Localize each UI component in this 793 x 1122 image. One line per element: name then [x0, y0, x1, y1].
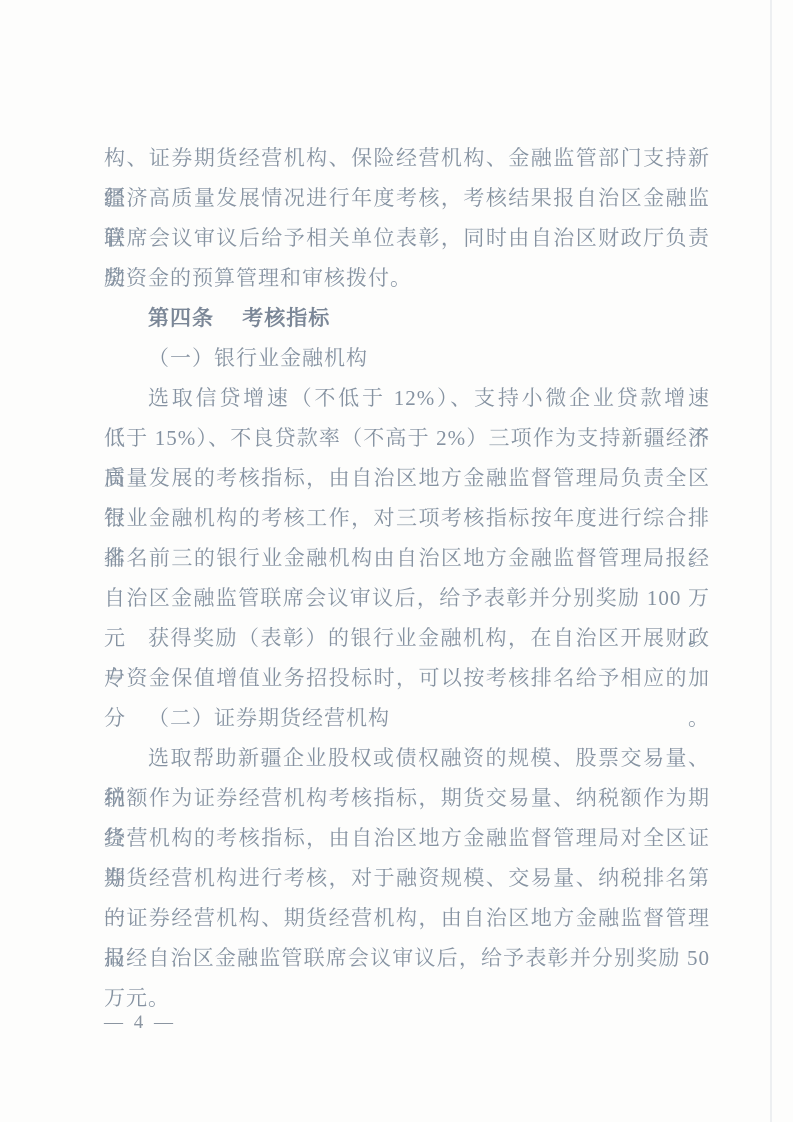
text-line: 获得奖励（表彰）的银行业金融机构，在自治区开展财政专	[104, 618, 710, 658]
article-heading: 第四条 考核指标	[104, 298, 710, 338]
text-line: 万元。	[104, 978, 710, 1018]
document-page: 构、证券期货经营机构、保险经营机构、金融监管部门支持新疆 经济高质量发展情况进行…	[0, 0, 793, 1122]
scan-edge-shadow	[770, 0, 772, 1122]
text-line: 报经自治区金融监管联席会议审议后，给予表彰并分别奖励 50	[104, 938, 710, 978]
article-number: 第四条	[148, 307, 214, 330]
article-title: 考核指标	[242, 307, 330, 330]
document-body: 构、证券期货经营机构、保险经营机构、金融监管部门支持新疆 经济高质量发展情况进行…	[104, 138, 710, 1018]
text-line: 税额作为证券经营机构考核指标，期货交易量、纳税额作为期货	[104, 778, 710, 818]
text-line: 选取帮助新疆企业股权或债权融资的规模、股票交易量、纳	[104, 738, 710, 778]
text-line: 励资金的预算管理和审核拨付。	[104, 258, 710, 298]
text-line: 户资金保值增值业务招投标时，可以按考核排名给予相应的加分。	[104, 658, 710, 698]
page-number: — 4 —	[104, 1012, 176, 1034]
text-line: 经济高质量发展情况进行年度考核，考核结果报自治区金融监管	[104, 178, 710, 218]
section-heading-line: （一）银行业金融机构	[104, 338, 710, 378]
text-line: 低于 15%）、不良贷款率（不高于 2%）三项作为支持新疆经济高	[104, 418, 710, 458]
text-line: 经营机构的考核指标，由自治区地方金融监督管理局对全区证券	[104, 818, 710, 858]
text-line: 联席会议审议后给予相关单位表彰，同时由自治区财政厅负责奖	[104, 218, 710, 258]
text-line: 的证券经营机构、期货经营机构，由自治区地方金融监督管理局	[104, 898, 710, 938]
text-line: 排名前三的银行业金融机构由自治区地方金融监督管理局报经	[104, 538, 710, 578]
text-line: 期货经营机构进行考核，对于融资规模、交易量、纳税排名第一	[104, 858, 710, 898]
text-line: 自治区金融监管联席会议审议后，给予表彰并分别奖励 100 万元。	[104, 578, 710, 618]
text-line: 构、证券期货经营机构、保险经营机构、金融监管部门支持新疆	[104, 138, 710, 178]
text-line: 选取信贷增速（不低于 12%）、支持小微企业贷款增速（不	[104, 378, 710, 418]
text-line: 行业金融机构的考核工作，对三项考核指标按年度进行综合排名。	[104, 498, 710, 538]
text-line: 质量发展的考核指标，由自治区地方金融监督管理局负责全区银	[104, 458, 710, 498]
